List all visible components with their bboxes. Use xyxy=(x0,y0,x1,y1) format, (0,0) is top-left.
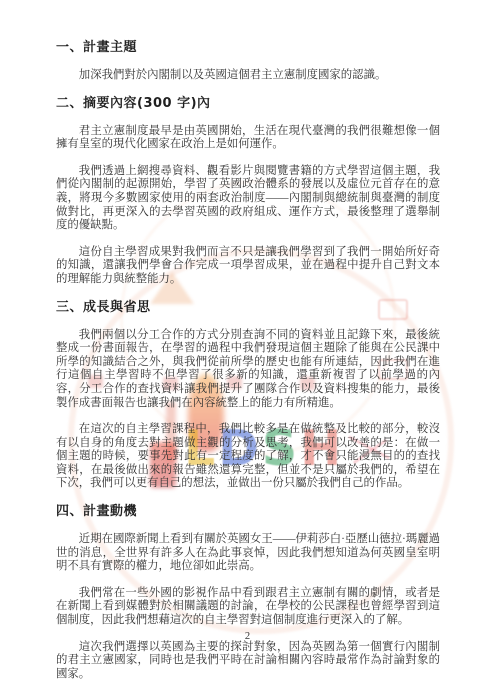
section-summary: 二、摘要內容(300 字)內 君主立憲制度最早是由英國開始，生活在現代臺灣的我們… xyxy=(56,96,440,287)
document-body: 一、計畫主題 加深我們對於內閣制以及英國這個君主立憲制度國家的認識。 二、摘要內… xyxy=(56,40,440,694)
section-heading: 二、摘要內容(300 字)內 xyxy=(56,96,440,111)
document-page: L D S H 一、計畫主題 加深我們對於內閣制以及英國這個君主立憲制度國家的認… xyxy=(0,0,495,700)
paragraph: 我們兩個以分工合作的方式分別查詢不同的資料並且記錄下來，最後統整成一份書面報告，… xyxy=(56,329,440,411)
section-heading: 四、計畫動機 xyxy=(56,504,440,519)
section-heading: 一、計畫主題 xyxy=(56,40,440,55)
paragraph: 君主立憲制度最早是由英國開始，生活在現代臺灣的我們很難想像一個擁有皇室的現代化國… xyxy=(56,125,440,152)
paragraph: 在這次的自主學習課程中，我們比較多是在做統整及比較的部分，較沒有以自身的角度去對… xyxy=(56,423,440,491)
paragraph: 近期在國際新聞上看到有關於英國女王——伊莉莎白·亞歷山德拉·瑪麗過世的消息，全世… xyxy=(56,533,440,574)
paragraph: 加深我們對於內閣制以及英國這個君主立憲制度國家的認識。 xyxy=(56,69,440,83)
section-plan-motivation: 四、計畫動機 近期在國際新聞上看到有關於英國女王——伊莉莎白·亞歷山德拉·瑪麗過… xyxy=(56,504,440,681)
paragraph: 這次我們選擇以英國為主要的探討對象，因為英國為第一個實行內閣制的君主立憲國家，同… xyxy=(56,641,440,682)
page-number: 2 xyxy=(0,631,495,642)
paragraph: 我們常在一些外國的影視作品中看到跟君主立憲制有關的劇情，或者是在新聞上看到媒體對… xyxy=(56,587,440,628)
section-plan-topic: 一、計畫主題 加深我們對於內閣制以及英國這個君主立憲制度國家的認識。 xyxy=(56,40,440,83)
paragraph: 我們透過上網搜尋資料、觀看影片與閱覽書籍的方式學習這個主題，我們從內閣制的起源開… xyxy=(56,165,440,233)
paragraph: 這份自主學習成果對我們而言不只是讓我們學習到了我們一開始所好奇的知識，還讓我們學… xyxy=(56,246,440,287)
section-heading: 三、成長與省思 xyxy=(56,300,440,315)
section-growth-reflection: 三、成長與省思 我們兩個以分工合作的方式分別查詢不同的資料並且記錄下來，最後統整… xyxy=(56,300,440,492)
